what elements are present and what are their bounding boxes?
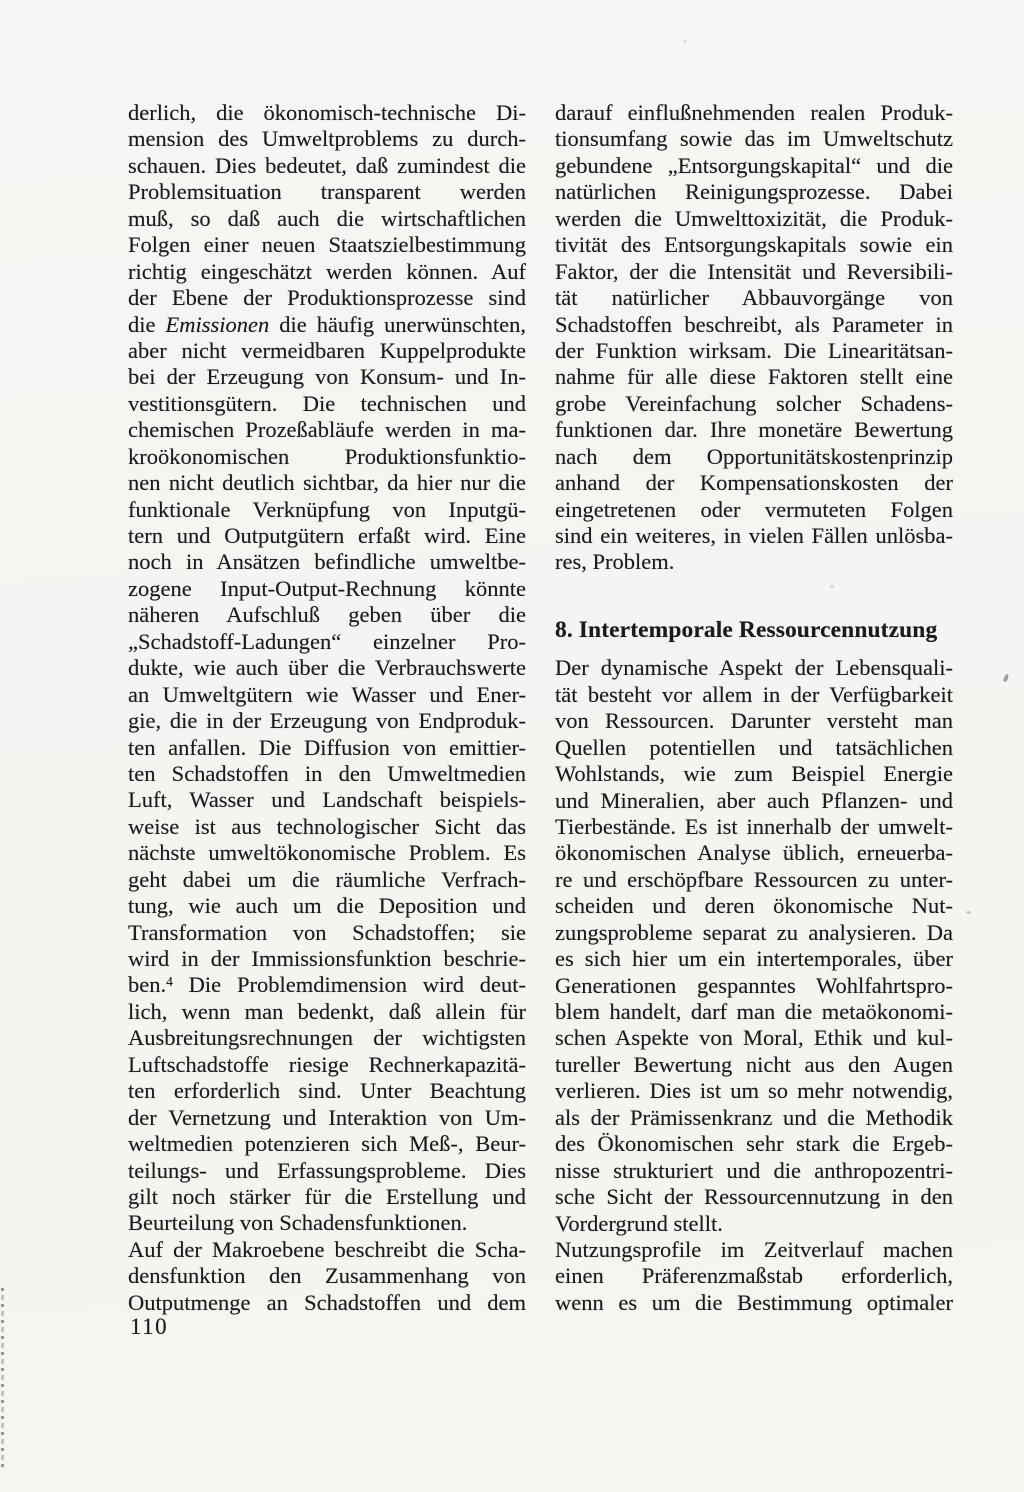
- text-line: vestitionsgütern. Die technischen und: [128, 391, 526, 417]
- text-line: weltmedien potenzieren sich Meß-, Beur-: [128, 1131, 526, 1157]
- text-line: sind ein weiteres, in vielen Fällen unlö…: [555, 523, 953, 549]
- text-line: Luftschadstoffe riesige Rechnerkapazitä-: [128, 1052, 526, 1078]
- text-line: ten anfallen. Die Diffusion von emittier…: [128, 735, 526, 761]
- right-column-lower-text: Der dynamische Aspekt der Lebensquali-tä…: [555, 655, 953, 1316]
- text-line: res, Problem.: [555, 549, 953, 575]
- text-line: darauf einflußnehmenden realen Produk-: [555, 100, 953, 126]
- text-line: bei der Erzeugung von Konsum- und In-: [128, 364, 526, 390]
- text-line: wenn es um die Bestimmung optimaler: [555, 1290, 953, 1316]
- text-line: der Funktion wirksam. Die Linearitätsan-: [555, 338, 953, 364]
- text-line: zungsprobleme separat zu analysieren. Da: [555, 920, 953, 946]
- text-line: die Emissionen die häufig unerwünschten,: [128, 312, 526, 338]
- text-line: nach dem Opportunitätskostenprinzip: [555, 444, 953, 470]
- text-line: Wohlstands, wie zum Beispiel Energie: [555, 761, 953, 787]
- scan-artifact-left-edge-scratch: [1, 1288, 4, 1468]
- text-line: blem handelt, darf man die metaökonomi-: [555, 999, 953, 1025]
- right-column: darauf einflußnehmenden realen Produk-ti…: [555, 100, 953, 1316]
- text-line: Quellen potentiellen und tatsächlichen: [555, 735, 953, 761]
- text-line: dukte, wie auch über die Verbrauchswerte: [128, 655, 526, 681]
- text-line: Faktor, der die Intensität und Reversibi…: [555, 259, 953, 285]
- text-line: tät besteht vor allem in der Verfügbarke…: [555, 682, 953, 708]
- text-line: grobe Vereinfachung solcher Schadens-: [555, 391, 953, 417]
- text-line: kroökonomischen Produktionsfunktio-: [128, 444, 526, 470]
- text-line: anhand der Kompensationskosten der: [555, 470, 953, 496]
- text-line: Der dynamische Aspekt der Lebensquali-: [555, 655, 953, 681]
- text-line: richtig eingeschätzt werden können. Auf: [128, 259, 526, 285]
- text-line: gilt noch stärker für die Erstellung und: [128, 1184, 526, 1210]
- text-line: es sich hier um ein intertemporales, übe…: [555, 946, 953, 972]
- text-line: nen nicht deutlich sichtbar, da hier nur…: [128, 470, 526, 496]
- text-line: re und erschöpfbare Ressourcen zu unter-: [555, 867, 953, 893]
- text-line: chemischen Prozeßabläufe werden in ma-: [128, 417, 526, 443]
- scan-artifact-tick-mark: [1003, 674, 1010, 683]
- book-page: derlich, die ökonomisch-technische Di-me…: [0, 0, 1024, 1492]
- text-line: funktionen dar. Ihre monetäre Bewertung: [555, 417, 953, 443]
- text-line: „Schadstoff-Ladungen“ einzelner Pro-: [128, 629, 526, 655]
- text-line: der Vernetzung und Interaktion von Um-: [128, 1105, 526, 1131]
- text-line: wird in der Immissionsfunktion beschrie-: [128, 946, 526, 972]
- text-line: Auf der Makroebene beschreibt die Scha-: [128, 1237, 526, 1263]
- text-line: des Ökonomischen sehr stark die Ergeb-: [555, 1131, 953, 1157]
- text-line: verlieren. Dies ist um so mehr notwendig…: [555, 1078, 953, 1104]
- text-line: gie, die in der Erzeugung von Endproduk-: [128, 708, 526, 734]
- text-line: funktionale Verknüpfung von Inputgü-: [128, 497, 526, 523]
- text-line: tern und Outputgütern erfaßt wird. Eine: [128, 523, 526, 549]
- text-line: scheiden und deren ökonomische Nut-: [555, 893, 953, 919]
- text-line: gebundene „Entsorgungskapital“ und die: [555, 153, 953, 179]
- scan-artifact-speck: [683, 40, 687, 43]
- text-line: und Mineralien, aber auch Pflanzen- und: [555, 788, 953, 814]
- text-line: eingetretenen oder vermuteten Folgen: [555, 497, 953, 523]
- text-line: densfunktion den Zusammenhang von: [128, 1263, 526, 1289]
- text-line: tureller Bewertung nicht aus den Augen: [555, 1052, 953, 1078]
- text-line: derlich, die ökonomisch-technische Di-: [128, 100, 526, 126]
- text-line: Nutzungsprofile im Zeitverlauf machen: [555, 1237, 953, 1263]
- text-line: werden die Umwelttoxizität, die Produk-: [555, 206, 953, 232]
- text-line: nächste umweltökonomische Problem. Es: [128, 840, 526, 866]
- text-line: Beurteilung von Schadensfunktionen.: [128, 1210, 526, 1236]
- text-line: schen Aspekte von Moral, Ethik und kul-: [555, 1025, 953, 1051]
- text-line: aber nicht vermeidbaren Kuppelprodukte: [128, 338, 526, 364]
- text-line: teilungs- und Erfassungsprobleme. Dies: [128, 1158, 526, 1184]
- text-line: einen Präferenzmaßstab erforderlich,: [555, 1263, 953, 1289]
- text-line: an Umweltgütern wie Wasser und Ener-: [128, 682, 526, 708]
- text-line: Ausbreitungsrechnungen der wichtigsten: [128, 1025, 526, 1051]
- text-line: als der Prämissenkranz und die Methodik: [555, 1105, 953, 1131]
- text-line: schauen. Dies bedeutet, daß zumindest di…: [128, 153, 526, 179]
- text-line: natürlichen Reinigungsprozesse. Dabei: [555, 179, 953, 205]
- text-line: tionsumfang sowie das im Umweltschutz: [555, 126, 953, 152]
- text-line: tivität des Entsorgungskapitals sowie ei…: [555, 232, 953, 258]
- text-line: Vordergrund stellt.: [555, 1211, 953, 1237]
- text-line: noch in Ansätzen befindliche umweltbe-: [128, 549, 526, 575]
- text-line: von Ressourcen. Darunter versteht man: [555, 708, 953, 734]
- text-line: zogene Input-Output-Rechnung könnte: [128, 576, 526, 602]
- text-line: Transformation von Schadstoffen; sie: [128, 920, 526, 946]
- text-line: tung, wie auch um die Deposition und: [128, 893, 526, 919]
- text-line: tät natürlicher Abbauvorgänge von: [555, 285, 953, 311]
- text-line: Tierbestände. Es ist innerhalb der umwel…: [555, 814, 953, 840]
- right-column-upper-text: darauf einflußnehmenden realen Produk-ti…: [555, 100, 953, 576]
- text-line: Folgen einer neuen Staatszielbestimmung: [128, 232, 526, 258]
- text-line: Schadstoffen beschreibt, als Parameter i…: [555, 312, 953, 338]
- text-line: ökonomischen Analyse üblich, erneuerba-: [555, 840, 953, 866]
- text-line: mension des Umweltproblems zu durch-: [128, 126, 526, 152]
- text-line: der Ebene der Produktionsprozesse sind: [128, 285, 526, 311]
- text-line: nisse strukturiert und die anthropozentr…: [555, 1158, 953, 1184]
- text-line: muß, so daß auch die wirtschaftlichen: [128, 206, 526, 232]
- text-line: ten erforderlich sind. Unter Beachtung: [128, 1078, 526, 1104]
- text-line: geht dabei um die räumliche Verfrach-: [128, 867, 526, 893]
- text-line: Outputmenge an Schadstoffen und dem: [128, 1290, 526, 1316]
- text-line: ten Schadstoffen in den Umweltmedien: [128, 761, 526, 787]
- scan-artifact-speck: [966, 911, 971, 914]
- text-line: Luft, Wasser und Landschaft beispiels-: [128, 787, 526, 813]
- text-line: sche Sicht der Ressourcennutzung in den: [555, 1184, 953, 1210]
- section-heading: 8. Intertemporale Ressourcennutzung: [555, 617, 953, 643]
- page-number: 110: [130, 1314, 168, 1340]
- text-line: nahme für alle diese Faktoren stellt ein…: [555, 364, 953, 390]
- text-line: Problemsituation transparent werden: [128, 179, 526, 205]
- left-column: derlich, die ökonomisch-technische Di-me…: [128, 100, 526, 1316]
- text-line: ben.4 Die Problemdimension wird deut-: [128, 972, 526, 998]
- text-line: Generationen gespanntes Wohlfahrtspro-: [555, 973, 953, 999]
- text-line: näheren Aufschluß geben über die: [128, 602, 526, 628]
- text-line: lich, wenn man bedenkt, daß allein für: [128, 999, 526, 1025]
- text-line: weise ist aus technologischer Sicht das: [128, 814, 526, 840]
